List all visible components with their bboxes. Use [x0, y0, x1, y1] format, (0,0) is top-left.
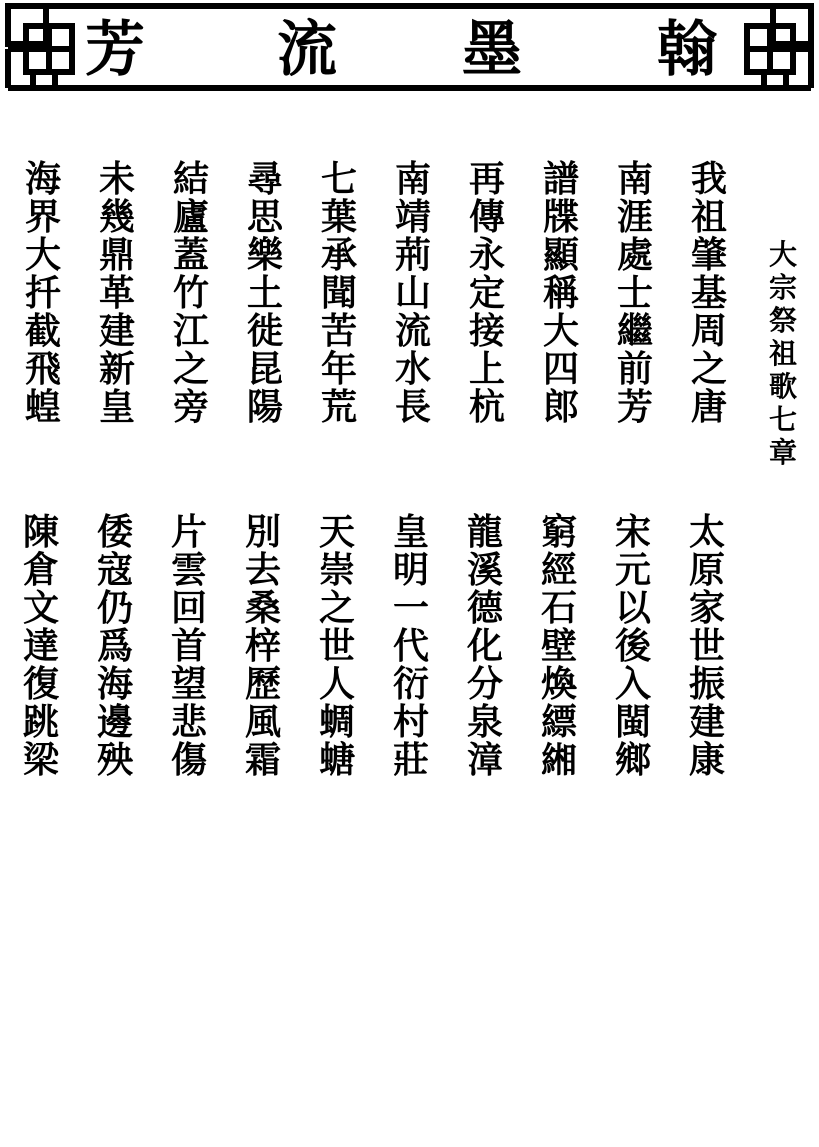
verse-column-1-10: 海界大扦截飛蝗	[23, 160, 63, 469]
verse-column-2-10: 陳倉文達復跳梁	[21, 513, 61, 779]
verse-column-1-9: 未幾鼎革建新皇	[97, 160, 137, 469]
verse-column-2-8: 片雲回首望悲傷	[169, 513, 209, 779]
verse-column-2-1: 太原家世振建康	[687, 513, 727, 779]
genealogy-page: { "page": { "ink_color": "#000000", "pap…	[0, 0, 819, 1147]
verse-column-2-4: 龍溪德化分泉漳	[465, 513, 505, 779]
verse-column-1-4: 再傳永定接上杭	[467, 160, 507, 469]
verse-column-2-6: 天崇之世人蜩螗	[317, 513, 357, 779]
verse-column-1-6: 七葉承聞苦年荒	[319, 160, 359, 469]
verse-column-1-8: 結廬蓋竹江之旁	[171, 160, 211, 469]
banner-char-4: 翰	[657, 16, 717, 84]
verse-column-2-5: 皇明一代衍村莊	[391, 513, 431, 779]
poem-section-2: 太原家世振建康 宋元以後入閩鄉 窮經石壁煥縹緗 龍溪德化分泉漳 皇明一代衍村莊 …	[21, 513, 727, 779]
fret-knot-left-icon	[8, 6, 72, 88]
section-heading-column: 大宗祭祖歌七章	[763, 238, 803, 469]
banner-char-3: 墨	[462, 16, 522, 84]
verse-column-1-1: 我祖肇基周之唐	[689, 160, 729, 469]
verse-column-1-2: 南涯處士繼前芳	[615, 160, 655, 469]
fret-knot-right-icon	[747, 6, 811, 88]
verse-column-1-3: 譜牒顯稱大四郎	[541, 160, 581, 469]
title-banner: 芳 流 墨 翰	[0, 0, 819, 100]
banner-char-2: 流	[277, 16, 337, 84]
banner-char-1: 芳	[85, 16, 145, 84]
verse-column-2-9: 倭寇仍爲海邊殃	[95, 513, 135, 779]
verse-column-2-7: 別去桑梓歷風霜	[243, 513, 283, 779]
verse-column-1-5: 南靖荊山流水長	[393, 160, 433, 469]
verse-column-2-3: 窮經石壁煥縹緗	[539, 513, 579, 779]
verse-column-1-7: 尋思樂土徙昆陽	[245, 160, 285, 469]
verse-column-2-2: 宋元以後入閩鄉	[613, 513, 653, 779]
poem-section-1: 大宗祭祖歌七章 我祖肇基周之唐 南涯處士繼前芳 譜牒顯稱大四郎 再傳永定接上杭 …	[23, 160, 803, 469]
